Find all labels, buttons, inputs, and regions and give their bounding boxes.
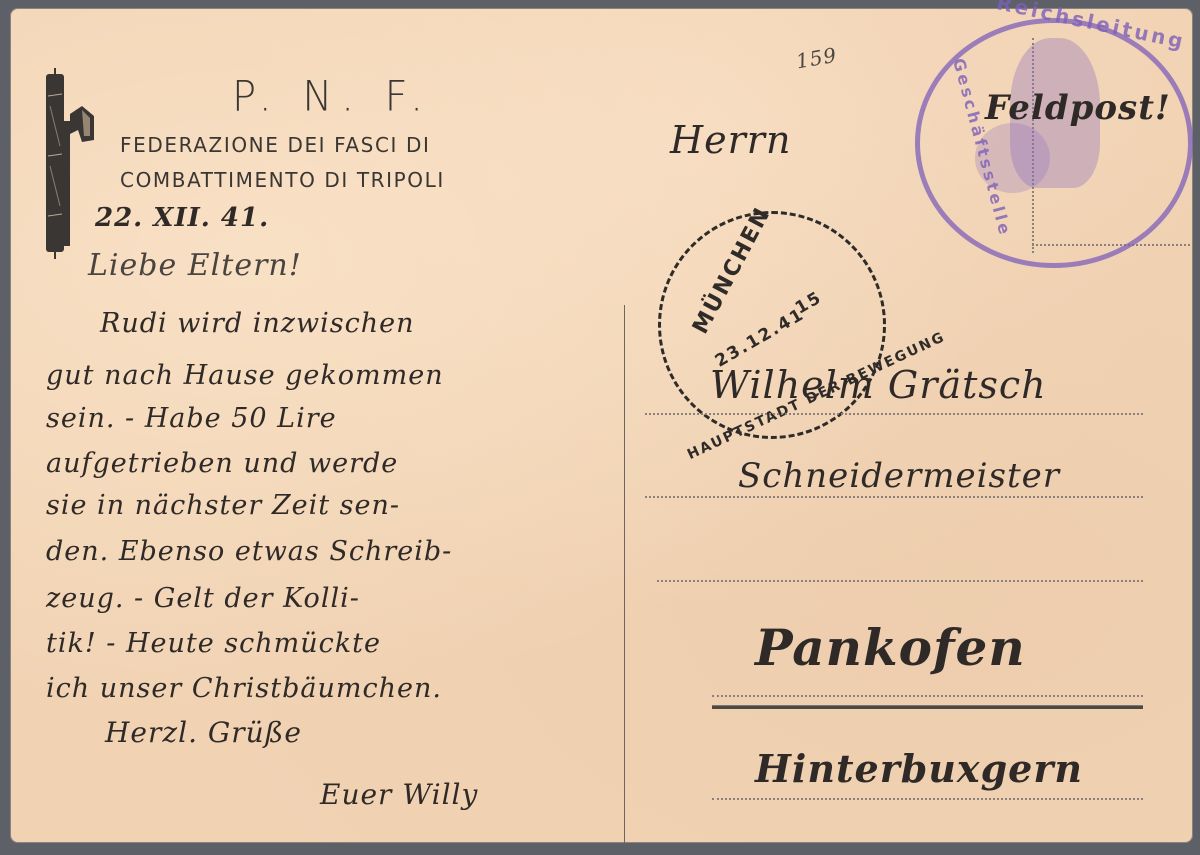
address-line	[712, 798, 1143, 800]
org-name-line1: FEDERAZIONE DEI FASCI DI	[120, 133, 431, 157]
letter-line: ich unser Christbäumchen.	[46, 673, 442, 704]
letter-salutation: Liebe Eltern!	[88, 248, 302, 283]
postcard: P. N. F. FEDERAZIONE DEI FASCI DI COMBAT…	[10, 8, 1193, 843]
address-line	[645, 496, 1143, 498]
letter-line: sie in nächster Zeit sen-	[46, 490, 400, 521]
address-name: Wilhelm Grätsch	[710, 363, 1047, 407]
letter-line: Rudi wird inzwischen	[100, 308, 414, 339]
letter-date: 22. XII. 41.	[95, 203, 269, 233]
postage-note: Feldpost!	[985, 88, 1171, 128]
address-town: Pankofen	[755, 618, 1026, 677]
archive-number: 159	[794, 43, 839, 74]
card-divider	[624, 305, 625, 843]
letter-line: aufgetrieben und werde	[46, 448, 398, 479]
address-line	[657, 580, 1143, 582]
org-abbreviation: P. N. F.	[232, 73, 432, 121]
letter-closing: Herzl. Grüße	[105, 716, 302, 749]
address-occupation: Schneidermeister	[738, 456, 1060, 496]
letter-line: tik! - Heute schmückte	[46, 628, 381, 659]
address-line	[712, 695, 1143, 697]
letter-line: sein. - Habe 50 Lire	[46, 403, 337, 434]
letter-line: zeug. - Gelt der Kolli-	[46, 583, 360, 614]
address-salutation: Herrn	[670, 118, 791, 162]
letter-signature: Euer Willy	[320, 778, 478, 811]
letter-line: gut nach Hause gekommen	[46, 360, 444, 391]
org-name-line2: COMBATTIMENTO DI TRIPOLI	[120, 168, 445, 192]
fasces-icon	[42, 66, 102, 261]
censor-stamp	[915, 18, 1193, 268]
address-underline	[712, 705, 1143, 709]
letter-line: den. Ebenso etwas Schreib-	[46, 536, 452, 567]
address-region: Hinterbuxgern	[755, 746, 1083, 791]
address-line	[645, 413, 1143, 415]
